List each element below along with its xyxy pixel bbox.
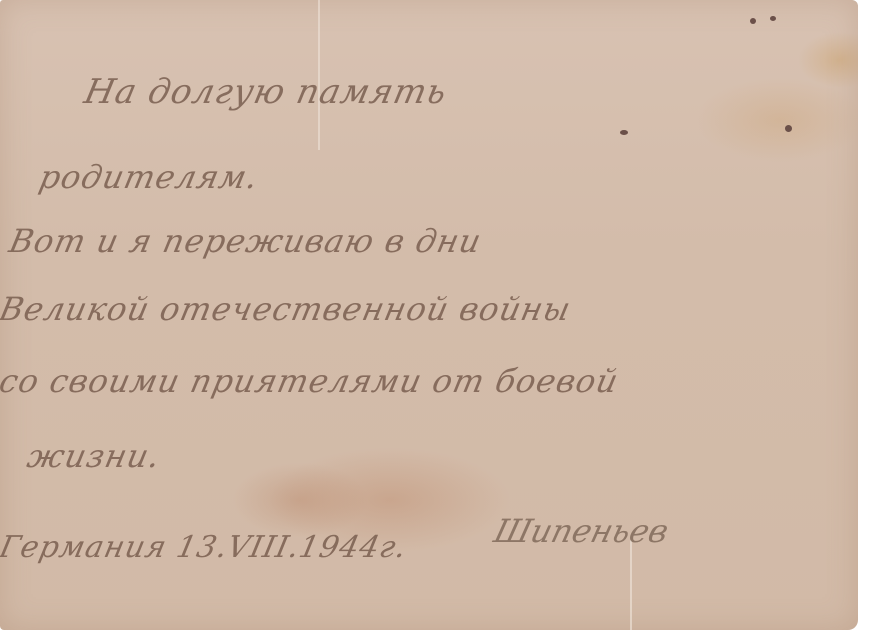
text-line: Великой отечественной войны	[0, 290, 575, 328]
text-line: Вот и я переживаю в дни	[6, 222, 485, 260]
place-date-line: Германия 13.VIII.1944г.	[0, 530, 410, 565]
ink-spot	[770, 16, 776, 21]
ink-spot	[785, 125, 792, 132]
fold-crease	[630, 540, 632, 630]
aged-paper-card: На долгую память родителям. Вот и я пере…	[0, 0, 858, 630]
text-line: На долгую память	[81, 72, 451, 112]
ink-spot	[750, 18, 756, 24]
ink-spot	[620, 130, 628, 135]
text-line: жизни.	[24, 437, 164, 475]
signature: Шипеньев	[490, 512, 672, 550]
text-line: со своими приятелями от боевой	[0, 362, 622, 400]
text-line: родителям.	[36, 158, 262, 196]
